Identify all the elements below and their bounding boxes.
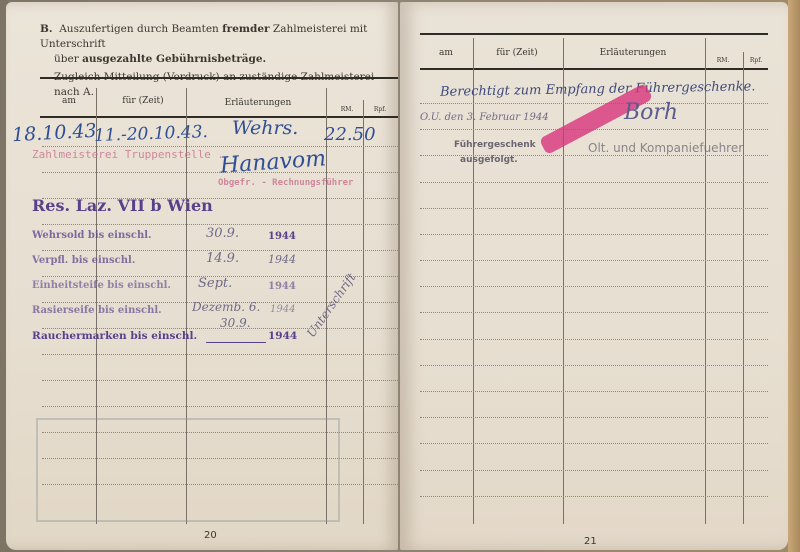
dotted-row-line xyxy=(420,470,768,471)
purple-row-label: Verpfl. bis einschl. xyxy=(32,255,135,266)
col-header-erlaeuterungen: Erläuterungen xyxy=(188,98,328,108)
col-header-zeit: für (Zeit) xyxy=(472,48,562,58)
dotted-row-line xyxy=(420,208,768,209)
purple-row-label: Einheitsteife bis einschl. xyxy=(32,280,171,291)
purple-row-date: 30.9. xyxy=(206,226,239,241)
grey-stamp-line2: ausgefolgt. xyxy=(460,155,518,165)
dotted-row-line xyxy=(42,380,398,381)
purple-row-year: 1944 xyxy=(268,281,296,292)
purple-row-date: 30.9. xyxy=(220,316,251,330)
entry-line1: Berechtigt zum Empfang der Führergeschen… xyxy=(440,79,756,100)
purple-row-year: 1944 xyxy=(270,304,295,315)
pink-stamp-line1: Zahlmeisterei Truppenstelle ... xyxy=(32,148,237,161)
col-header-erlaeuterungen: Erläuterungen xyxy=(562,48,704,58)
dotted-row-line xyxy=(420,103,768,104)
dotted-row-line xyxy=(420,234,768,235)
purple-row-date: 14.9. xyxy=(206,251,239,266)
entry-explanation: Wehrs. xyxy=(232,117,298,139)
dotted-row-line xyxy=(420,391,768,392)
grey-officer-title: Olt. und Kompaniefuehrer xyxy=(588,141,743,155)
entry-amount: 22.50 xyxy=(324,124,376,145)
section-label: B. xyxy=(40,23,53,35)
purple-row-year: 1944 xyxy=(268,231,296,242)
stamp-underline xyxy=(206,342,266,343)
purple-row-year: 1944 xyxy=(268,330,297,342)
officer-signature: Borh xyxy=(624,100,678,125)
column-divider xyxy=(743,52,744,524)
dotted-row-line xyxy=(420,182,768,183)
header-top-rule xyxy=(420,33,768,35)
purple-row-label: Rauchermarken bis einschl. xyxy=(32,330,197,342)
dotted-row-line xyxy=(420,365,768,366)
dotted-row-line xyxy=(420,443,768,444)
left-page: B. Auszufertigen durch Beamten fremder Z… xyxy=(6,2,398,550)
purple-stamp-heading: Res. Laz. VII b Wien xyxy=(32,196,213,215)
dotted-row-line xyxy=(42,354,398,355)
header-top-rule xyxy=(40,77,398,79)
col-header-am: am xyxy=(420,48,472,58)
column-divider xyxy=(705,38,706,524)
purple-row-date: Sept. xyxy=(198,276,232,291)
purple-row-label: Rasierseife bis einschl. xyxy=(32,305,162,316)
dotted-row-line xyxy=(420,339,768,340)
col-header-rm: RM. xyxy=(328,106,366,113)
purple-row-date: Dezemb. 6. xyxy=(192,300,260,314)
entry-line2: O.U. den 3. Februar 1944 xyxy=(420,112,549,123)
right-page: am für (Zeit) Erläuterungen RM. Rpf. Ber… xyxy=(400,2,788,550)
column-divider xyxy=(363,100,364,524)
page-number-left: 20 xyxy=(204,530,217,541)
dotted-row-line xyxy=(420,286,768,287)
page-number-right: 21 xyxy=(584,536,597,547)
col-header-zeit: für (Zeit) xyxy=(98,96,188,106)
stamp-signature: Unterschrift xyxy=(304,271,358,340)
dotted-row-line xyxy=(42,406,398,407)
faint-stamp-box xyxy=(36,418,340,522)
instructions: B. Auszufertigen durch Beamten fremder Z… xyxy=(40,22,400,100)
dotted-row-line xyxy=(420,496,768,497)
dotted-row-line xyxy=(420,260,768,261)
dotted-row-line xyxy=(42,224,398,225)
column-divider xyxy=(473,38,474,524)
pink-stamp-line2: Obgefr. - Rechnungsführer xyxy=(218,178,353,188)
column-divider xyxy=(563,38,564,524)
entry-date: 18.10.43 xyxy=(11,120,97,146)
dotted-row-line xyxy=(420,417,768,418)
dotted-row-line xyxy=(420,312,768,313)
col-header-rpf: Rpf. xyxy=(364,106,396,113)
entry-period: 11.-20.10.43. xyxy=(94,122,209,146)
dotted-row-line xyxy=(42,146,398,147)
grey-stamp-line1: Führergeschenk xyxy=(454,140,536,150)
col-header-rpf: Rpf. xyxy=(742,57,770,64)
col-header-rm: RM. xyxy=(704,57,742,64)
cover-edge xyxy=(788,0,800,552)
col-header-am: am xyxy=(40,96,98,106)
purple-row-year: 1944 xyxy=(268,253,296,266)
purple-row-label: Wehrsold bis einschl. xyxy=(32,230,152,241)
header-bottom-rule xyxy=(40,116,398,118)
